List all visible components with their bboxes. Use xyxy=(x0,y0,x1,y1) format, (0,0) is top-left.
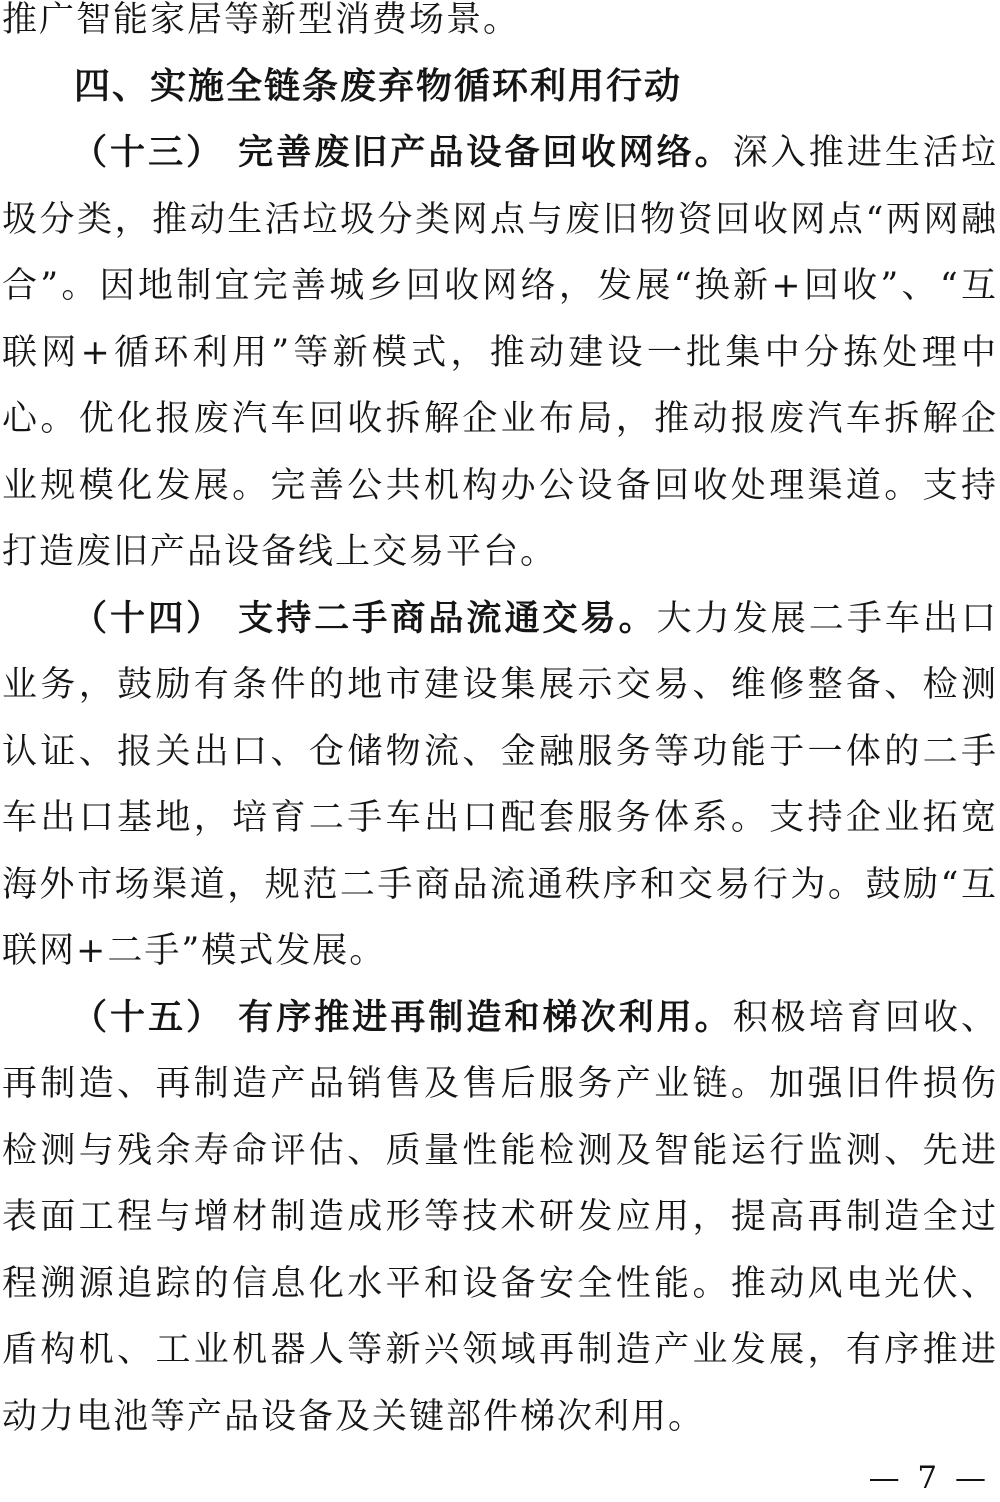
clause-13-label: （十三） xyxy=(72,132,224,173)
clause-14-lead: 支持二手商品流通交易。 xyxy=(238,598,656,639)
document-page: { "document": { "intro_line": "推广智能家居等新型… xyxy=(0,0,1000,1502)
clause-13-body: 深入推进生活垃圾分类，推动生活垃圾分类网点与废旧物资回收网点“两网融合”。因地制… xyxy=(2,133,998,572)
clause-15-body: 积极培育回收、再制造、再制造产品销售及售后服务产业链。加强旧件损伤检测与残余寿命… xyxy=(2,998,998,1437)
paragraph-14: （十四）支持二手商品流通交易。大力发展二手车出口业务，鼓励有条件的地市建设集展示… xyxy=(2,586,998,985)
section-heading: 四、实施全链条废弃物循环利用行动 xyxy=(2,54,998,121)
clause-14-label: （十四） xyxy=(72,598,224,639)
document-body: 推广智能家居等新型消费场景。 四、实施全链条废弃物循环利用行动 （十三）完善废旧… xyxy=(0,0,1000,1450)
page-number: — 7 — xyxy=(869,1460,990,1496)
clause-15-lead: 有序推进再制造和梯次利用。 xyxy=(238,997,733,1038)
clause-15-label: （十五） xyxy=(72,997,224,1038)
clause-14-body: 大力发展二手车出口业务，鼓励有条件的地市建设集展示交易、维修整备、检测认证、报关… xyxy=(2,599,998,972)
intro-continuation-line: 推广智能家居等新型消费场景。 xyxy=(2,0,998,54)
paragraph-13: （十三）完善废旧产品设备回收网络。深入推进生活垃圾分类，推动生活垃圾分类网点与废… xyxy=(2,120,998,586)
clause-13-lead: 完善废旧产品设备回收网络。 xyxy=(238,132,733,173)
paragraph-15: （十五）有序推进再制造和梯次利用。积极培育回收、再制造、再制造产品销售及售后服务… xyxy=(2,985,998,1451)
